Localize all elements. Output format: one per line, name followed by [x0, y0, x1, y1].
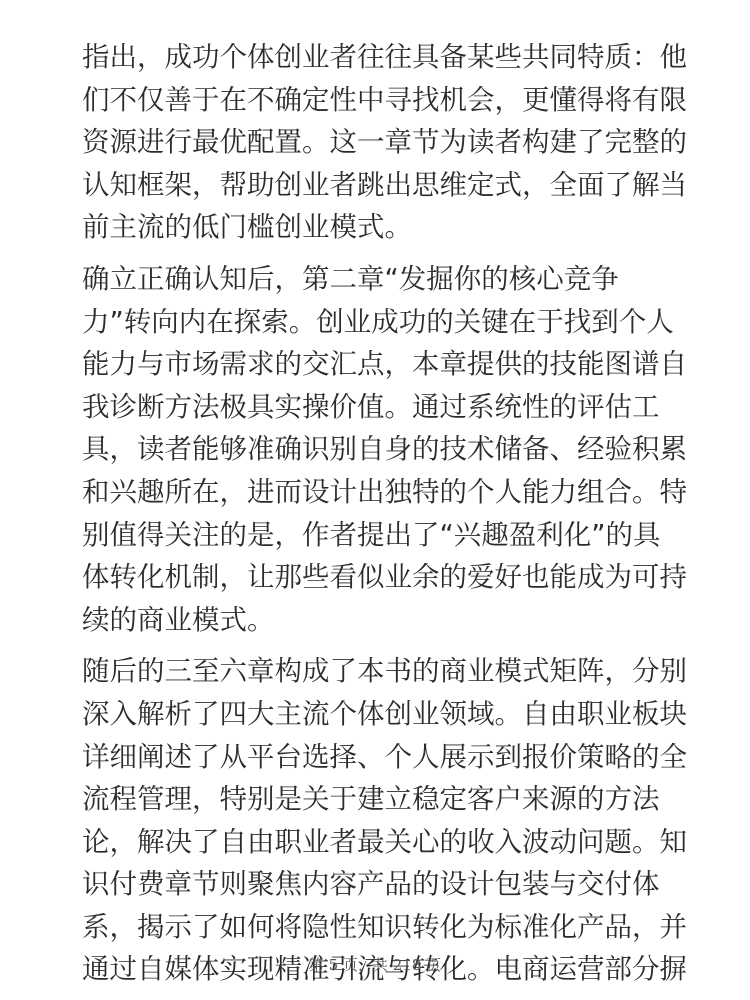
text-line: 识付费章节则聚焦内容产品的设计包装与交付体 — [82, 863, 670, 906]
text-line: 流程管理，特别是关于建立稳定客户来源的方法 — [82, 778, 670, 821]
document-page: 指出，成功个体创业者往往具备某些共同特质：他 们不仅善于在不确定性中寻找机会，更… — [82, 36, 670, 1000]
text-line: 能力与市场需求的交汇点，本章提供的技能图谱自 — [82, 343, 670, 386]
text-line: 深入解析了四大主流个体创业领域。自由职业板块 — [82, 693, 670, 736]
text-line: 别值得关注的是，作者提出了“兴趣盈利化”的具 — [82, 514, 670, 557]
page-indicator: 第 5 页，共 218 页 — [0, 954, 750, 975]
text-line: 续的商业模式。 — [82, 599, 670, 642]
paragraph-3: 随后的三至六章构成了本书的商业模式矩阵，分别 深入解析了四大主流个体创业领域。自… — [82, 650, 670, 991]
text-line: 前主流的低门槛创业模式。 — [82, 206, 670, 249]
text-line: 系，揭示了如何将隐性知识转化为标准化产品，并 — [82, 906, 670, 949]
text-line: 力”转向内在探索。创业成功的关键在于找到个人 — [82, 301, 670, 344]
text-line: 体转化机制，让那些看似业余的爱好也能成为可持 — [82, 556, 670, 599]
text-line: 我诊断方法极具实操价值。通过系统性的评估工 — [82, 386, 670, 429]
text-line: 资源进行最优配置。这一章节为读者构建了完整的 — [82, 121, 670, 164]
text-line: 论，解决了自由职业者最关心的收入波动问题。知 — [82, 821, 670, 864]
paragraph-1: 指出，成功个体创业者往往具备某些共同特质：他 们不仅善于在不确定性中寻找机会，更… — [82, 36, 670, 249]
text-line: 具，读者能够准确识别自身的技术储备、经验积累 — [82, 428, 670, 471]
text-line: 确立正确认知后，第二章“发掘你的核心竞争 — [82, 258, 670, 301]
text-line: 们不仅善于在不确定性中寻找机会，更懂得将有限 — [82, 79, 670, 122]
text-line: 认知框架，帮助创业者跳出思维定式，全面了解当 — [82, 164, 670, 207]
text-line: 详细阐述了从平台选择、个人展示到报价策略的全 — [82, 736, 670, 779]
text-line: 指出，成功个体创业者往往具备某些共同特质：他 — [82, 36, 670, 79]
text-line: 和兴趣所在，进而设计出独特的个人能力组合。特 — [82, 471, 670, 514]
paragraph-2: 确立正确认知后，第二章“发掘你的核心竞争 力”转向内在探索。创业成功的关键在于找… — [82, 258, 670, 641]
text-line: 随后的三至六章构成了本书的商业模式矩阵，分别 — [82, 650, 670, 693]
